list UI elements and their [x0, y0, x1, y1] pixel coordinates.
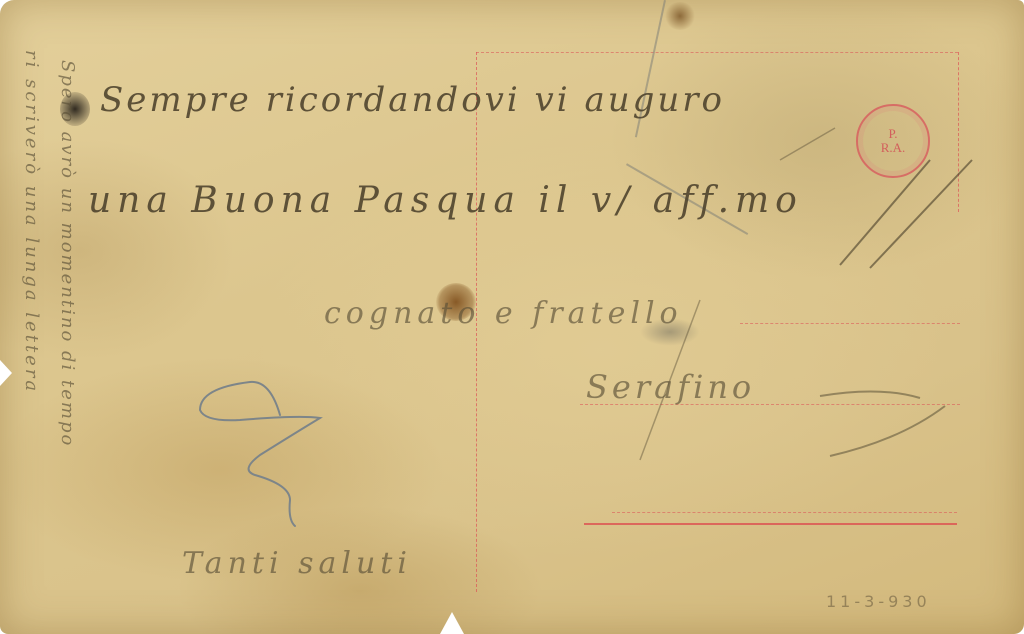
postcard-back: P. R.A. Sempre ricordandovi vi auguro un…	[0, 0, 1024, 634]
signature-flourish-icon	[0, 0, 1024, 634]
